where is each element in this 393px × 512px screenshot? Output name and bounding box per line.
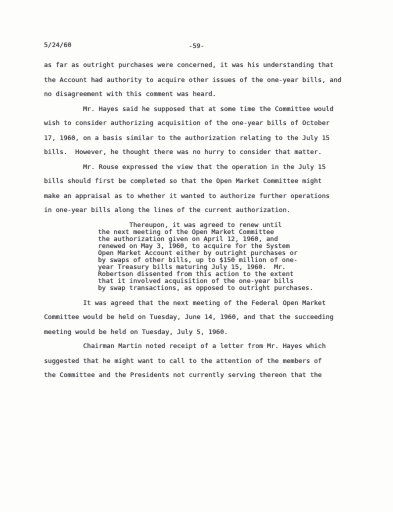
date-label: 5/24/60 xyxy=(44,41,71,49)
page-number: -59- xyxy=(189,42,205,50)
paragraph-hayes-october-bills: Mr. Hayes said he supposed that at some … xyxy=(44,102,356,160)
block-quote-authorization-renewal: Thereupon, it was agreed to renew until … xyxy=(98,222,356,292)
paragraph-outright-purchases: as far as outright purchases were concer… xyxy=(44,58,356,102)
paragraph-martin-letter: Chairman Martin noted receipt of a lette… xyxy=(44,339,356,383)
paragraph-next-meeting-dates: It was agreed that the next meeting of t… xyxy=(44,296,356,340)
paragraph-rouse-july-15: Mr. Rouse expressed the view that the op… xyxy=(44,160,356,218)
document-body: as far as outright purchases were concer… xyxy=(44,58,356,383)
document-page: 5/24/60 -59- as far as outright purchase… xyxy=(0,0,393,512)
page-header: 5/24/60 -59- xyxy=(0,41,393,53)
